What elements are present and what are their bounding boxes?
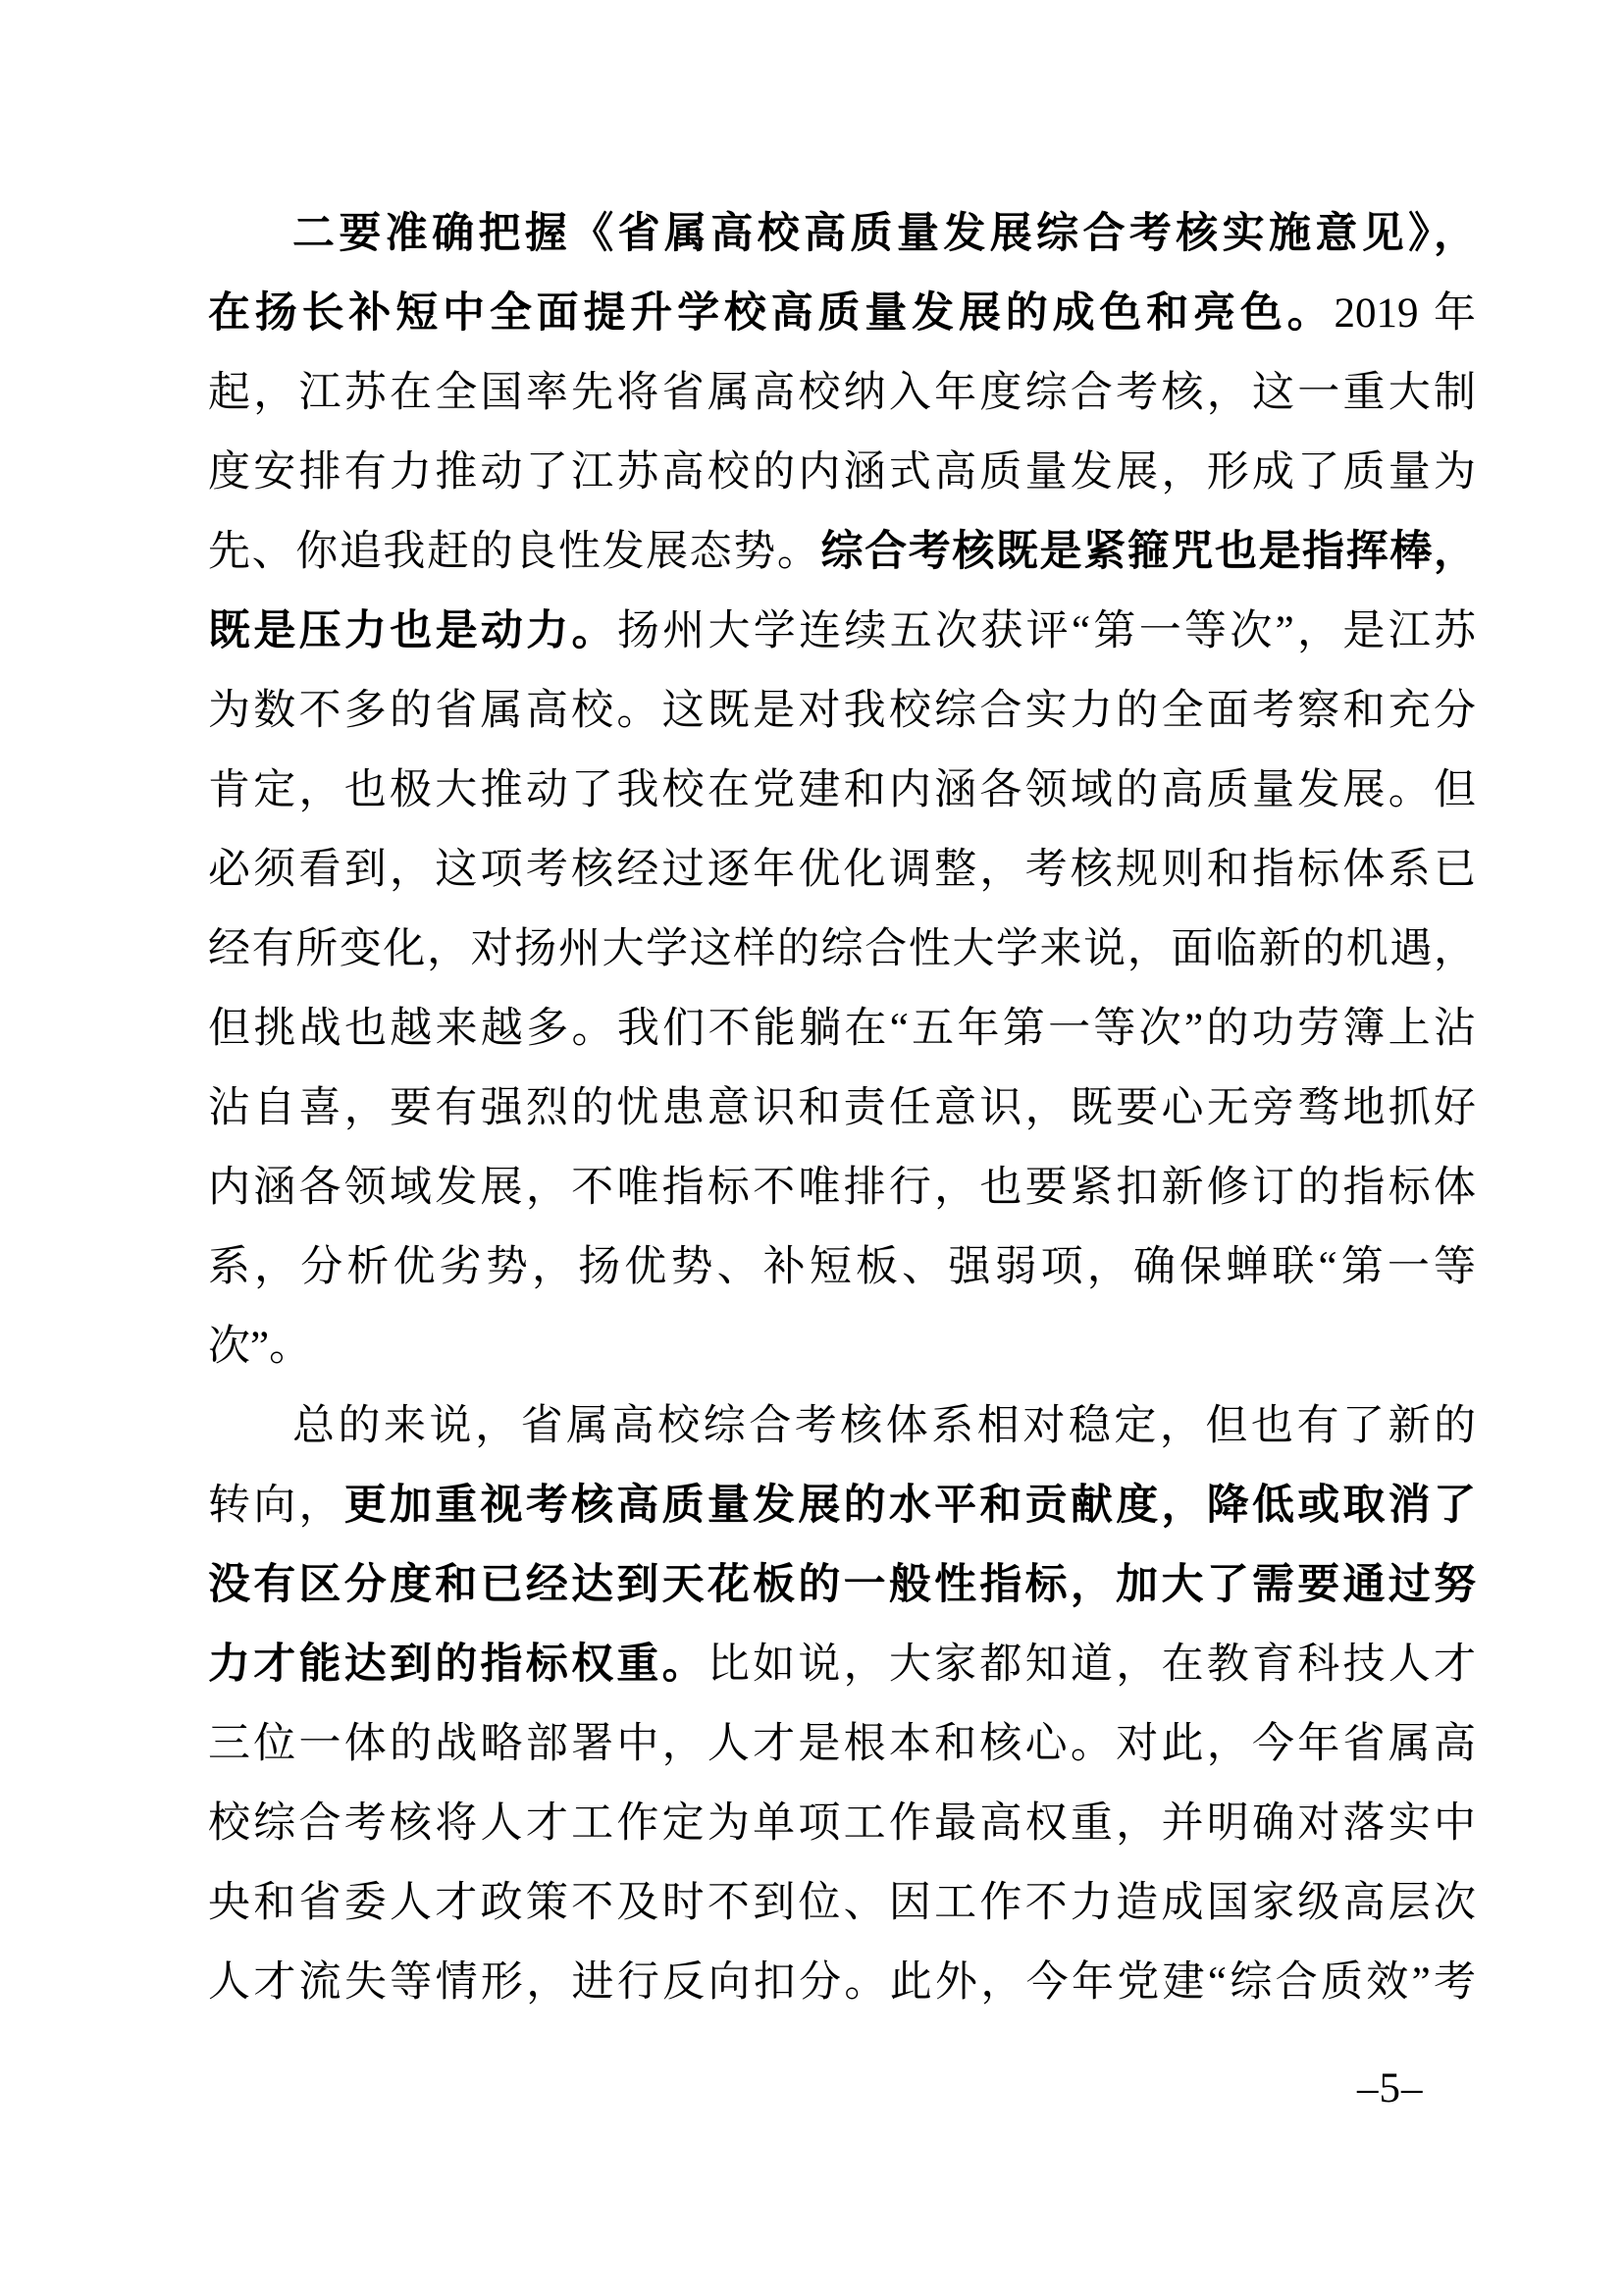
text-segment: 总的来说，省属高校综合考核体系相对稳定，但也有了新的 [292,1403,1476,1449]
text-line: 校综合考核将人才工作定为单项工作最高权重，并明确对落实中 [208,1784,1476,1863]
text-line: 没有区分度和已经达到天花板的一般性指标，加大了需要通过努 [208,1545,1476,1625]
text-line: 但挑战也越来越多。我们不能躺在“五年第一等次”的功劳簿上沾 [208,989,1476,1069]
bold-text-segment: 更加重视考核高质量发展的水平和贡献度，降低或取消了 [344,1483,1476,1529]
text-segment: 三位一体的战略部署中，人才是根本和核心。对此，今年省属高 [208,1721,1476,1767]
text-segment: 人才流失等情形，进行反向扣分。此外，今年党建“综合质效”考 [208,1959,1476,2006]
text-line: 先、你追我赶的良性发展态势。综合考核既是紧箍咒也是指挥棒， [208,512,1476,592]
bold-text-segment: 力才能达到的指标权重。 [208,1642,707,1688]
text-line: 为数不多的省属高校。这既是对我校综合实力的全面考察和充分 [208,671,1476,751]
text-segment: 转向， [208,1483,344,1529]
text-line: 三位一体的战略部署中，人才是根本和核心。对此，今年省属高 [208,1704,1476,1784]
text-segment: 经有所变化，对扬州大学这样的综合性大学来说，面临新的机遇， [208,926,1476,972]
bold-text-segment: 没有区分度和已经达到天花板的一般性指标，加大了需要通过努 [208,1562,1476,1608]
text-line: 在扬长补短中全面提升学校高质量发展的成色和亮色。2019 年 [208,274,1476,353]
text-line: 沾自喜，要有强烈的忧患意识和责任意识，既要心无旁骛地抓好 [208,1069,1476,1148]
text-line: 二要准确把握《省属高校高质量发展综合考核实施意见》， [208,194,1476,274]
text-segment: 校综合考核将人才工作定为单项工作最高权重，并明确对落实中 [208,1800,1476,1847]
text-line: 必须看到，这项考核经过逐年优化调整，考核规则和指标体系已 [208,830,1476,910]
text-segment: 起，江苏在全国率先将省属高校纳入年度综合考核，这一重大制 [208,370,1476,416]
text-segment: 必须看到，这项考核经过逐年优化调整，考核规则和指标体系已 [208,847,1476,893]
text-segment: 度安排有力推动了江苏高校的内涵式高质量发展，形成了质量为 [208,449,1476,496]
text-segment: 肯定，也极大推动了我校在党建和内涵各领域的高质量发展。但 [208,767,1476,813]
text-line: 起，江苏在全国率先将省属高校纳入年度综合考核，这一重大制 [208,353,1476,433]
text-line: 力才能达到的指标权重。比如说，大家都知道，在教育科技人才 [208,1625,1476,1704]
text-line: 次”。 [208,1307,1476,1386]
text-segment: 为数不多的省属高校。这既是对我校综合实力的全面考察和充分 [208,688,1476,734]
bold-text-segment: 综合考核既是紧箍咒也是指挥棒， [821,529,1477,575]
document-body: 二要准确把握《省属高校高质量发展综合考核实施意见》，在扬长补短中全面提升学校高质… [208,194,1476,2022]
text-segment: 内涵各领域发展，不唯指标不唯排行，也要紧扣新修订的指标体 [208,1165,1476,1211]
text-line: 内涵各领域发展，不唯指标不唯排行，也要紧扣新修订的指标体 [208,1148,1476,1227]
page: 二要准确把握《省属高校高质量发展综合考核实施意见》，在扬长补短中全面提升学校高质… [0,0,1624,2296]
text-segment: 系，分析优劣势，扬优势、补短板、强弱项，确保蝉联“第一等 [208,1244,1476,1290]
bold-text-segment: 在扬长补短中全面提升学校高质量发展的成色和亮色。 [208,290,1334,337]
text-line: 系，分析优劣势，扬优势、补短板、强弱项，确保蝉联“第一等 [208,1227,1476,1307]
text-segment: 次”。 [208,1324,311,1370]
text-line: 度安排有力推动了江苏高校的内涵式高质量发展，形成了质量为 [208,433,1476,512]
text-line: 转向，更加重视考核高质量发展的水平和贡献度，降低或取消了 [208,1466,1476,1545]
page-number: –5– [1357,2063,1424,2114]
text-segment: 扬州大学连续五次获评“第一等次”，是江苏 [617,608,1476,654]
text-segment: 2019 年 [1334,290,1476,337]
text-line: 人才流失等情形，进行反向扣分。此外，今年党建“综合质效”考 [208,1943,1476,2022]
text-segment: 比如说，大家都知道，在教育科技人才 [707,1642,1476,1688]
text-line: 肯定，也极大推动了我校在党建和内涵各领域的高质量发展。但 [208,751,1476,830]
text-segment: 但挑战也越来越多。我们不能躺在“五年第一等次”的功劳簿上沾 [208,1006,1476,1052]
text-line: 央和省委人才政策不及时不到位、因工作不力造成国家级高层次 [208,1863,1476,1943]
text-segment: 央和省委人才政策不及时不到位、因工作不力造成国家级高层次 [208,1880,1476,1926]
text-line: 既是压力也是动力。扬州大学连续五次获评“第一等次”，是江苏 [208,592,1476,671]
text-line: 总的来说，省属高校综合考核体系相对稳定，但也有了新的 [208,1386,1476,1466]
text-segment: 沾自喜，要有强烈的忧患意识和责任意识，既要心无旁骛地抓好 [208,1085,1476,1131]
bold-text-segment: 既是压力也是动力。 [208,608,617,654]
text-line: 经有所变化，对扬州大学这样的综合性大学来说，面临新的机遇， [208,910,1476,989]
bold-text-segment: 二要准确把握《省属高校高质量发展综合考核实施意见》， [292,211,1476,257]
text-segment: 先、你追我赶的良性发展态势。 [208,529,821,575]
